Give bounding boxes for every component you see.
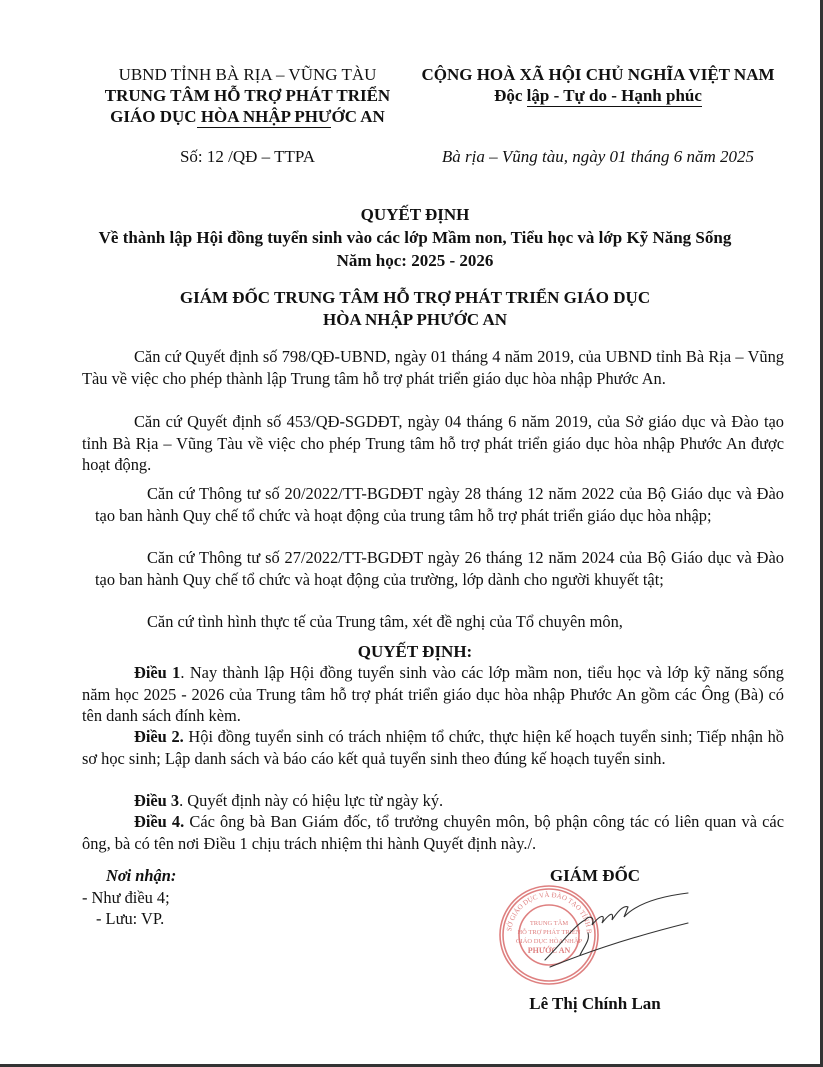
decision-subject: Về thành lập Hội đồng tuyển sinh vào các… [30,226,800,249]
authority-block: GIÁM ĐỐC TRUNG TÂM HỖ TRỢ PHÁT TRIỂN GIÁ… [30,287,800,331]
authority-line1: GIÁM ĐỐC TRUNG TÂM HỖ TRỢ PHÁT TRIỂN GIÁ… [30,287,800,309]
decision-section-heading: QUYẾT ĐỊNH: [30,641,800,662]
recipients-heading: Nơi nhận: [82,865,342,887]
org-name-line2-underlined: HÒA NHẬP PHƯ [197,107,332,126]
basis-text: Căn cứ Quyết định số 453/QĐ-SGDĐT, ngày … [82,412,784,474]
national-header-block: CỘNG HOÀ XÃ HỘI CHỦ NGHĨA VIỆT NAM Độc l… [403,64,793,106]
signer-name: Lê Thị Chính Lan [490,993,700,1014]
basis-paragraph: Căn cứ Thông tư số 20/2022/TT-BGDĐT ngày… [95,483,784,526]
issuing-agency-block: UBND TỈNH BÀ RỊA – VŨNG TÀU TRUNG TÂM HỖ… [60,64,435,127]
org-name-line2-pre: GIÁO DỤC [110,107,196,126]
article-label: Điều 4. [134,812,184,831]
article-text: Hội đồng tuyển sinh có trách nhiệm tổ ch… [82,727,784,768]
document-number: Số: 12 /QĐ – TTPA [60,146,435,167]
org-name-line1: TRUNG TÂM HỖ TRỢ PHÁT TRIỂN [60,85,435,106]
recipients-block: Nơi nhận: - Như điều 4; - Lưu: VP. [82,865,342,930]
basis-paragraph: Căn cứ tình hình thực tế của Trung tâm, … [95,611,784,633]
article-label: Điều 2. [134,727,184,746]
document-page: UBND TỈNH BÀ RỊA – VŨNG TÀU TRUNG TÂM HỖ… [0,0,823,1067]
recipient-item: - Như điều 4; [82,887,342,909]
article-4: Điều 4. Các ông bà Ban Giám đốc, tổ trưở… [82,811,784,854]
basis-paragraph: Căn cứ Quyết định số 798/QĐ-UBND, ngày 0… [82,346,784,389]
article-sep: . [180,663,189,682]
article-text: Quyết định này có hiệu lực từ ngày ký. [187,791,443,810]
place-and-date: Bà rịa – Vũng tàu, ngày 01 tháng 6 năm 2… [403,146,793,167]
decision-heading: QUYẾT ĐỊNH [30,203,800,226]
basis-paragraph: Căn cứ Quyết định số 453/QĐ-SGDĐT, ngày … [82,411,784,476]
recipient-item: - Lưu: VP. [82,908,342,930]
article-label: Điều 3 [134,791,179,810]
basis-text: Căn cứ tình hình thực tế của Trung tâm, … [147,612,623,631]
country-name: CỘNG HOÀ XÃ HỘI CHỦ NGHĨA VIỆT NAM [403,64,793,85]
motto-pre: Độc [494,86,527,105]
article-label: Điều 1 [134,663,180,682]
handwritten-signature-icon [540,885,690,985]
basis-paragraph: Căn cứ Thông tư số 27/2022/TT-BGDĐT ngày… [95,547,784,590]
school-year: Năm học: 2025 - 2026 [30,249,800,272]
parent-agency: UBND TỈNH BÀ RỊA – VŨNG TÀU [60,64,435,85]
article-2: Điều 2. Hội đồng tuyển sinh có trách nhi… [82,726,784,769]
basis-text: Căn cứ Thông tư số 20/2022/TT-BGDĐT ngày… [95,484,784,525]
article-1: Điều 1. Nay thành lập Hội đồng tuyển sin… [82,662,784,727]
national-motto: Độc lập - Tự do - Hạnh phúc [403,85,793,106]
article-3: Điều 3. Quyết định này có hiệu lực từ ng… [82,790,784,812]
org-name-line2: GIÁO DỤC HÒA NHẬP PHƯỚC AN [60,106,435,127]
decision-title-block: QUYẾT ĐỊNH Về thành lập Hội đồng tuyển s… [30,203,800,272]
org-name-line2-post: ỚC AN [331,107,384,126]
basis-text: Căn cứ Thông tư số 27/2022/TT-BGDĐT ngày… [95,548,784,589]
basis-text: Căn cứ Quyết định số 798/QĐ-UBND, ngày 0… [82,347,784,388]
authority-line2: HÒA NHẬP PHƯỚC AN [30,309,800,331]
motto-underlined: lập - Tự do - Hạnh phúc [527,86,702,105]
